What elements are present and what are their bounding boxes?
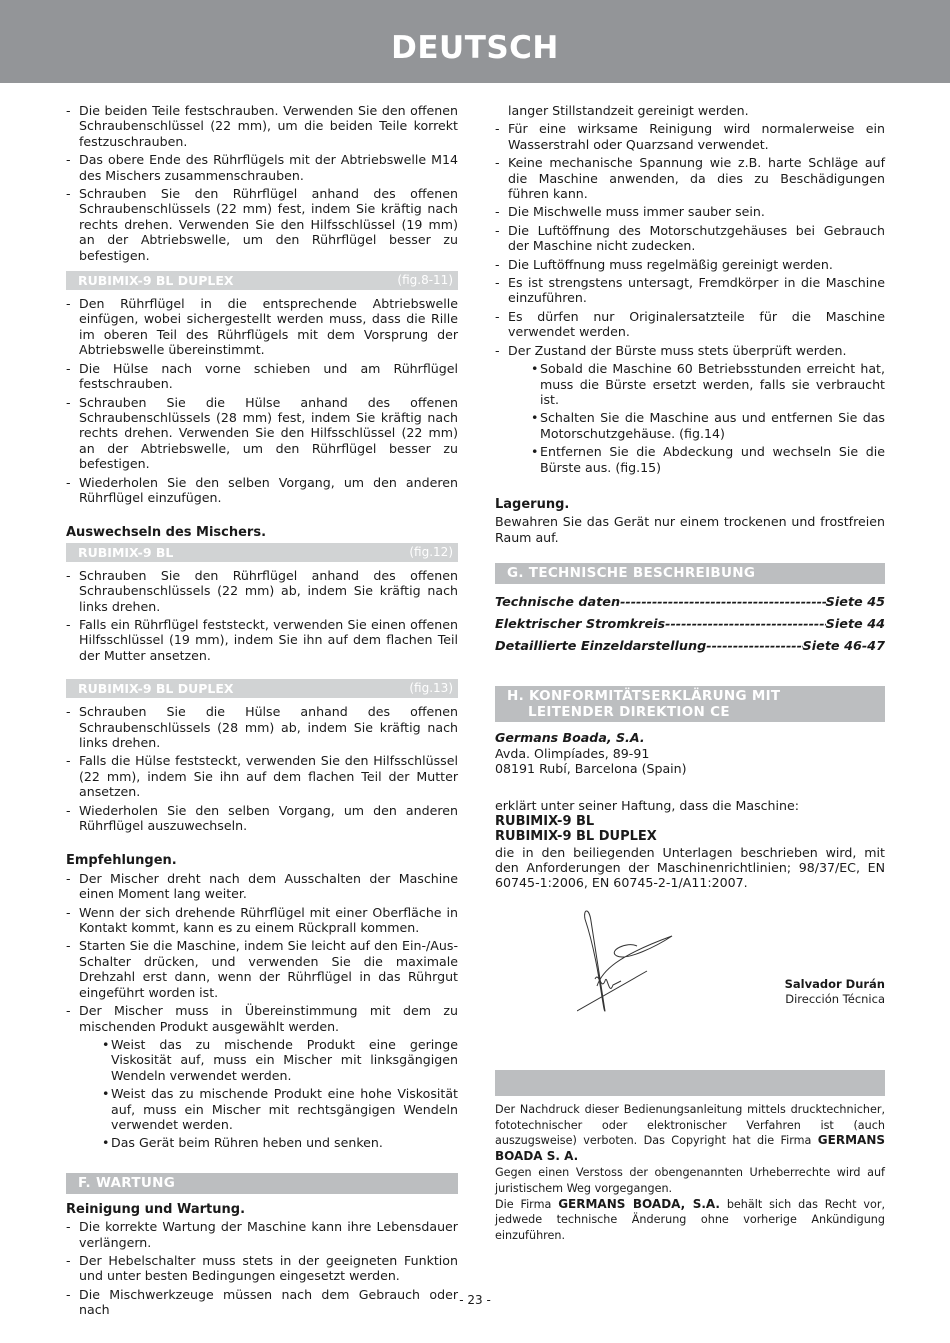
toc-entry[interactable]: Detaillierte Einzeldarstellung Siete 46-… [495,636,885,658]
list-item: Schrauben Sie die Hülse anhand des offen… [66,704,458,750]
signer-title: Dirección Técnica [785,992,885,1007]
company-name: Germans Boada, S.A. [495,730,885,745]
declaration-text: die in den beiliegenden Unterlagen besch… [495,845,885,891]
signature-area: Salvador Durán Dirección Técnica [495,891,885,1076]
list-item: Schrauben Sie die Hülse anhand des offen… [66,395,458,472]
duplex-list: Den Rührflügel in die entsprechende Abtr… [66,296,458,505]
address-line: 08191 Rubí, Barcelona (Spain) [495,761,885,776]
toc: Technische daten Siete 45 Elektrischer S… [495,592,885,658]
bl-list: Schrauben Sie den Rührflügel anhand des … [66,568,458,663]
subheading-bar-bl: RUBIMIX-9 BL (fig.12) [66,543,458,562]
list-item: Die korrekte Wartung der Maschine kann i… [66,1219,458,1250]
maintenance-list-continued: Für eine wirksame Reinigung wird normale… [495,121,885,475]
continued-text: langer Stillstandzeit gereinigt werden. [495,103,885,118]
right-column: langer Stillstandzeit gereinigt werden. … [495,103,885,1244]
bullet-item: Schalten Sie die Maschine aus und entfer… [495,410,885,441]
list-item: Der Mischer muss in Übereinstimmung mit … [66,1003,458,1034]
list-item: Der Mischer dreht nach dem Ausschalten d… [66,871,458,902]
page-number: - 23 - [0,1293,950,1307]
list-item: Wiederholen Sie den selben Vorgang, um d… [66,475,458,506]
list-item: Wiederholen Sie den selben Vorgang, um d… [66,803,458,834]
list-item: Es dürfen nur Originalersatzteile für di… [495,309,885,340]
signature-icon [577,901,687,1016]
model-name: RUBIMIX-9 BL DUPLEX [495,829,885,844]
toc-entry[interactable]: Elektrischer Stromkreis Siete 44 [495,614,885,636]
list-item: Der Hebelschalter muss stets in der geei… [66,1253,458,1284]
page-title: DEUTSCH [0,30,950,66]
section-bar-g: G. TECHNISCHE BESCHREIBUNG [495,563,885,584]
subheading-label: RUBIMIX-9 BL [78,543,173,562]
list-item: Das obere Ende des Rührflügels mit der A… [66,152,458,183]
signer: Salvador Durán Dirección Técnica [785,977,885,1007]
list-item: Der Zustand der Bürste muss stets überpr… [495,343,885,358]
section-bar-f: F. WARTUNG [66,1173,458,1194]
figure-reference: (fig.13) [409,679,453,698]
list-item: Schrauben Sie den Rührflügel anhand des … [66,568,458,614]
list-item: Die Mischwelle muss immer sauber sein. [495,204,885,219]
bullet-item: Das Gerät beim Rühren heben und senken. [66,1135,458,1150]
heading-storage: Lagerung. [495,497,885,512]
heading-maintenance: Reinigung und Wartung. [66,1202,458,1217]
figure-reference: (fig.12) [409,543,453,562]
list-item: Falls ein Rührflügel feststeckt, verwend… [66,617,458,663]
list-item: Wenn der sich drehende Rührflügel mit ei… [66,905,458,936]
section-bar-h: H. KONFORMITÄTSERKLÄRUNG MIT LEITENDER D… [495,686,885,722]
list-item: Die Luftöffnung des Motorschutzgehäuses … [495,223,885,254]
bullet-item: Weist das zu mischende Produkt eine geri… [66,1037,458,1083]
recommend-list: Der Mischer dreht nach dem Ausschalten d… [66,871,458,1151]
model-name: RUBIMIX-9 BL [495,814,885,829]
intro-list: Die beiden Teile festschrauben. Verwende… [66,103,458,263]
list-item: Keine mechanische Spannung wie z.B. hart… [495,155,885,201]
copyright-notice: Der Nachdruck dieser Bedienungsanleitung… [495,1102,885,1244]
list-item: Die Hülse nach vorne schieben und am Rüh… [66,361,458,392]
address-line: Avda. Olimpíades, 89-91 [495,746,885,761]
subheading-bar-duplex-2: RUBIMIX-9 BL DUPLEX (fig.13) [66,679,458,698]
left-column: Die beiden Teile festschrauben. Verwende… [66,103,458,1321]
bullet-item: Weist das zu mischende Produkt eine hohe… [66,1086,458,1132]
list-item: Die beiden Teile festschrauben. Verwende… [66,103,458,149]
list-item: Falls die Hülse feststeckt, verwenden Si… [66,753,458,799]
toc-entry[interactable]: Technische daten Siete 45 [495,592,885,614]
signer-name: Salvador Durán [785,977,885,992]
page-header-bar: DEUTSCH [0,0,950,83]
subheading-bar-duplex: RUBIMIX-9 BL DUPLEX (fig.8-11) [66,271,458,290]
list-item: Schrauben Sie den Rührflügel anhand des … [66,186,458,263]
storage-text: Bewahren Sie das Gerät nur einem trocken… [495,514,885,545]
declaration-text: erklärt unter seiner Haftung, dass die M… [495,798,885,813]
bullet-item: Entfernen Sie die Abdeckung und wechseln… [495,444,885,475]
list-item: Den Rührflügel in die entsprechende Abtr… [66,296,458,358]
list-item: Starten Sie die Maschine, indem Sie leic… [66,938,458,1000]
subheading-label: RUBIMIX-9 BL DUPLEX [78,271,234,290]
subheading-label: RUBIMIX-9 BL DUPLEX [78,679,234,698]
figure-reference: (fig.8-11) [397,271,453,290]
duplex2-list: Schrauben Sie die Hülse anhand des offen… [66,704,458,833]
heading-replace-mixer: Auswechseln des Mischers. [66,525,458,540]
bullet-item: Sobald die Maschine 60 Betriebsstunden e… [495,361,885,407]
list-item: Für eine wirksame Reinigung wird normale… [495,121,885,152]
list-item: Die Luftöffnung muss regelmäßig gereinig… [495,257,885,272]
heading-recommendations: Empfehlungen. [66,853,458,868]
list-item: Es ist strengstens untersagt, Fremdkörpe… [495,275,885,306]
